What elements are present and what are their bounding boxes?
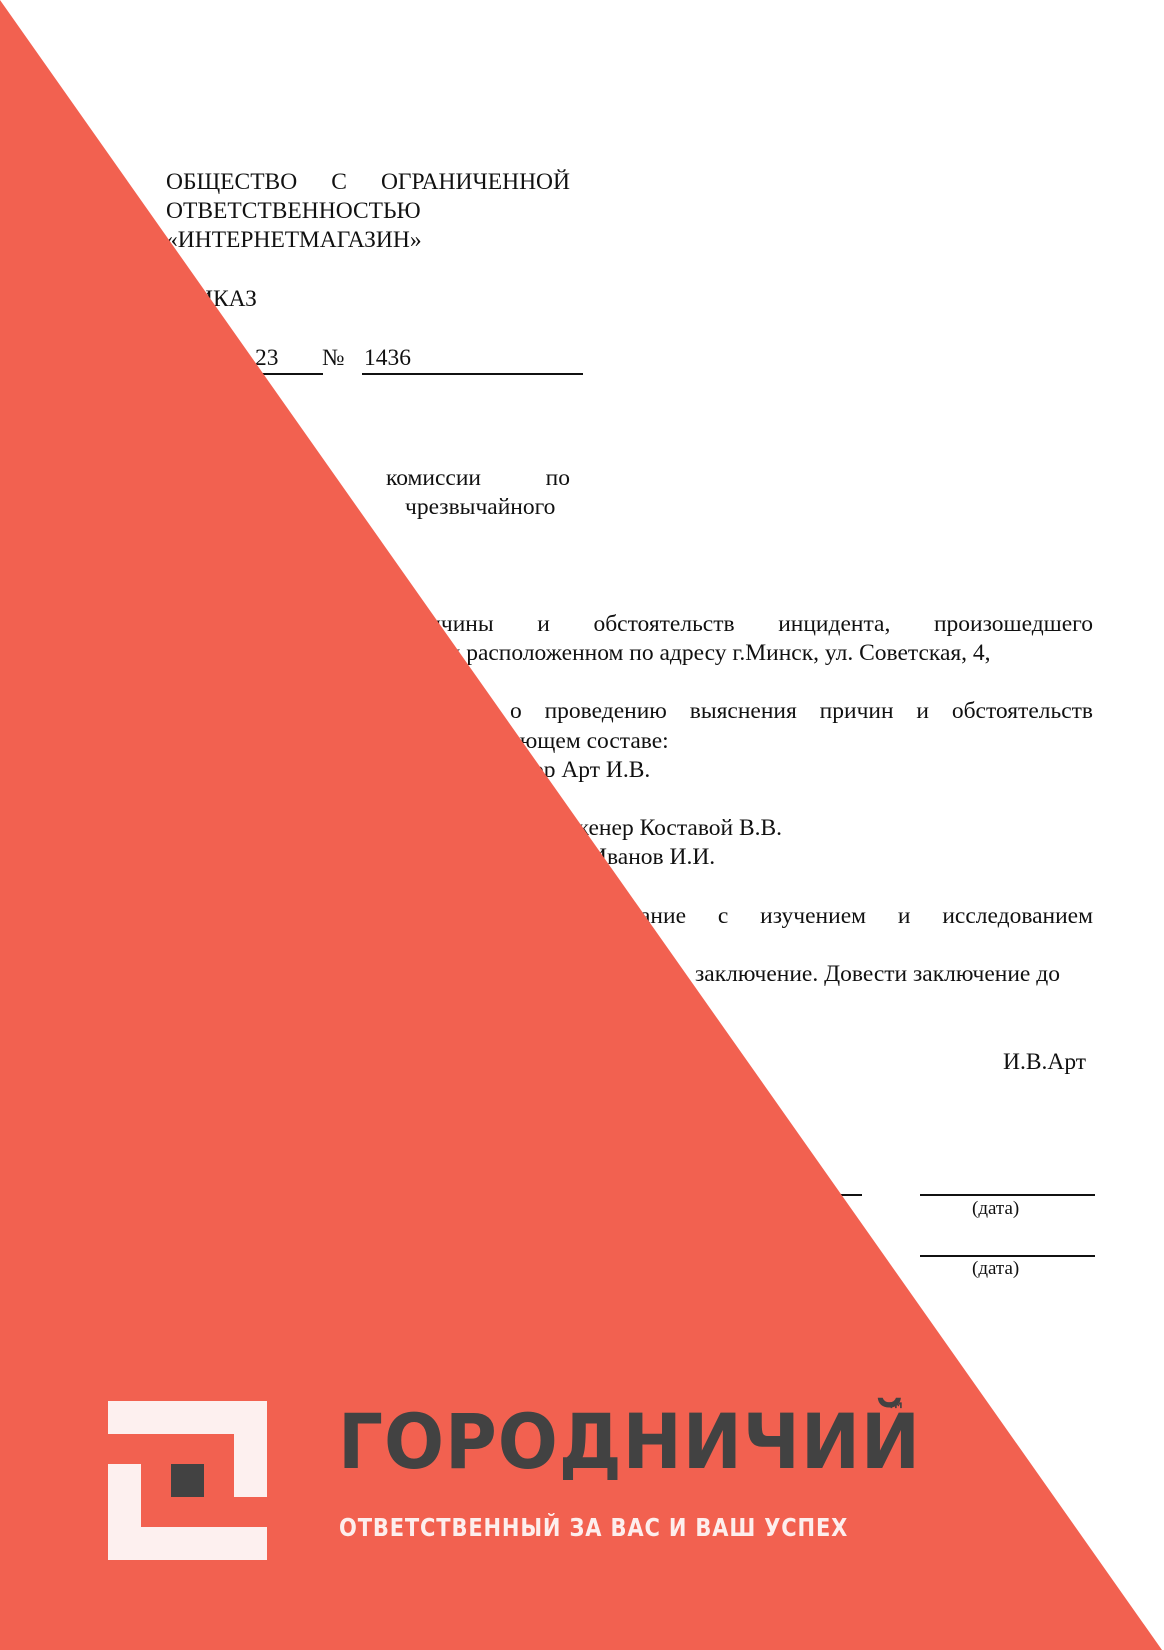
- signature-line-1: [700, 1194, 862, 1196]
- org-line-3: «ИНТЕРНЕТМАГАЗИН»: [166, 229, 422, 253]
- doc-type-heading: ПРИКАЗ: [166, 288, 257, 312]
- date-line-1: [920, 1194, 1095, 1196]
- date-caption-1: (дата): [972, 1199, 1019, 1218]
- body-line-9: заключение. Довести заключение до: [695, 963, 1060, 987]
- brand-name: ГОРОДНИЧИЙ: [338, 1404, 921, 1480]
- org-line-1: ОБЩЕСТВО С ОГРАНИЧЕННОЙ: [166, 171, 570, 195]
- order-date: 23: [255, 347, 279, 371]
- body-line-8: ание с изучением и исследованием: [640, 905, 1093, 929]
- brand-tagline: ОТВЕТСТВЕННЫЙ ЗА ВАС И ВАШ УСПЕХ: [339, 1515, 848, 1540]
- logo-bottom-bar: [108, 1527, 267, 1560]
- subject-line-1: комиссии по: [386, 467, 570, 491]
- body-line-6: нженер Коставой В.В.: [560, 817, 782, 841]
- body-line-1: причины и обстоятельств инцидента, произ…: [404, 613, 1093, 637]
- date-caption-2: (дата): [972, 1259, 1019, 1278]
- logo-center-square: [171, 1464, 204, 1497]
- body-line-3: о проведению выяснения причин и обстояте…: [510, 700, 1093, 724]
- body-line-4: ующем составе:: [508, 730, 669, 754]
- org-line-2: ОТВЕТСТВЕННОСТЬЮ: [166, 200, 421, 224]
- number-underline: [362, 373, 583, 375]
- number-sign: №: [322, 347, 344, 371]
- logo-right-bar: [234, 1401, 267, 1497]
- subject-line-2: чрезвычайного: [405, 496, 555, 520]
- body-line-5: тор Арт И.В.: [522, 759, 650, 783]
- body-line-7: Иванов И.И.: [590, 846, 715, 870]
- date-line-2: [920, 1255, 1095, 1257]
- date-underline: [190, 373, 323, 375]
- body-line-2: нды расположенном по адресу г.Минск, ул.…: [420, 642, 991, 666]
- order-number: 1436: [364, 347, 411, 371]
- signature-name: И.В.Арт: [1003, 1051, 1086, 1075]
- trademark-symbol: ™: [886, 1400, 906, 1420]
